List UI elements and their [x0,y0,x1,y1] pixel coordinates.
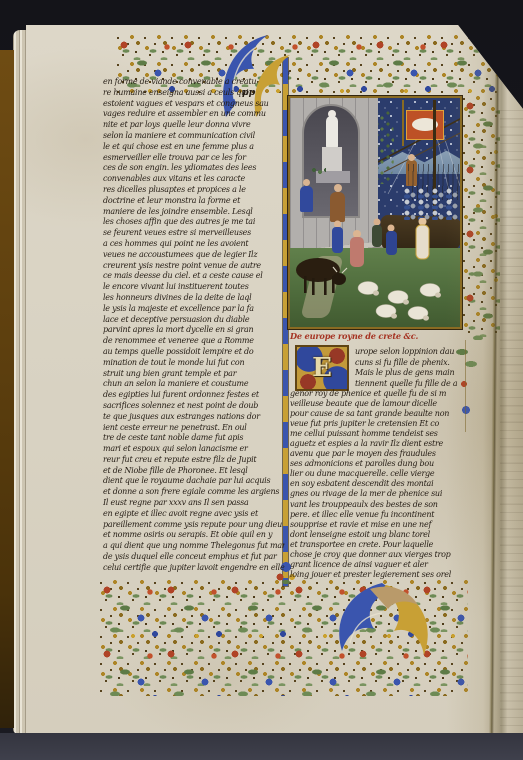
manuscript-text-line: lier ou dune macquerelle. celle vierge [290,469,464,479]
manuscript-text-line: cuns si fu fille de phenix. [355,358,463,369]
manuscript-text-line: le ysis la majeste et excellence par la … [103,304,285,315]
acanthus-bottom-icon [324,581,444,681]
manuscript-text-line: les honneurs divines de la deite de laql [103,293,285,304]
manuscript-text-line: en forme de viande convenable a creatu [103,77,285,88]
manuscript-text-line: tre de ceste tant noble dame fut apis [103,433,285,444]
manuscript-text-line: les choses affin que des autres je me ta… [103,217,285,228]
manuscript-text-line: et donne a son frere egiale comme les ar… [103,487,285,498]
manuscript-text-line: doctrine et leur monstra la forme et [103,196,285,207]
miniature-europa-scene [288,96,462,329]
ship-sailor-head [408,154,415,161]
manuscript-text-line: des egipties lui furent ordonnez festes … [103,390,285,401]
manuscript-text-line: en soy esbatent descendit des montai [290,479,464,489]
manuscript-text-line: dont lenseigne estoit ung blanc torel [290,530,464,540]
ship-soldiers [402,188,462,220]
manuscript-text-line: chose je croy que donner aux vierges tro… [290,550,464,560]
manuscript-text-line: ces de son engin. les ydiomates des lees [103,163,285,174]
altar-foliage [310,166,326,176]
manuscript-text-line: de ysis duquel elle conceut emphus et fu… [103,552,285,563]
manuscript-text-line: parvint apres la mort dycelle en si gran [103,325,285,336]
manuscript-text-line: struit ung bien grant temple et par [103,369,285,380]
illuminated-initial: E [295,345,349,391]
meadow-figures-and-flock [290,218,462,329]
manuscript-text-line: urope selon loppinion dau [355,347,463,358]
manuscript-text-line: en egipte et illec avoit regne avec ysis… [103,509,285,520]
manuscript-text-line: ient ceste erreur ne penetrast. En oul [103,423,285,434]
kneeling-figure-head [303,179,310,186]
manuscript-text-line: me cellui puissant homme tendeist ses [290,429,464,439]
manuscript-text-line: reur fut creu et repute estre filz de Ju… [103,455,285,466]
manuscript-text-line: le et qui chose est en une femme plus a [103,142,285,153]
banner-pole [402,100,404,146]
chapter-rubric: De europe royne de crete &c. [290,331,462,343]
manuscript-text-line: dient que le royaume dachaie par lui acq… [103,476,285,487]
manuscript-text-line: chun an selon la maniere et coustume [103,379,285,390]
manuscript-text-line: celui certifie que jupiter lavoit engend… [103,563,285,574]
manuscript-text-line: et nomme osiris ou serapis. Et obie quil… [103,530,285,541]
manuscript-text-line: ce mais deesse du ciel. et a ceste cause… [103,271,285,282]
manuscript-text-line: maniere de les joindre ensemble. Lesql [103,207,285,218]
manuscript-text-line: Il eust regne par xxxv ans Il sen passa [103,498,285,509]
manuscript-text-line: au temps quelle possidoit lempire et do [103,347,285,358]
manuscript-text-line: sacrifices solennez et nest point de dou… [103,401,285,412]
manuscript-text-line: avenu que par le moyen des fraudules [290,449,464,459]
manuscript-text-line: se feurent veues estre si merveilleuses [103,228,285,239]
manuscript-text-line: veilleuse beaute que de lamour dicelle [290,399,464,409]
manuscript-text-line: genor roy de phenice et quelle fu de si … [290,389,464,399]
manuscript-text-line: nite et par loys quelle leur donna vivre [103,120,285,131]
manuscript-text-line: lace et deceptive persuasion du diable [103,315,285,326]
manuscript-text-line: et de Niobe fille de Phoronee. Et lesql [103,466,285,477]
manuscript-text-line: pere. et illec elle venue fu incontinent [290,510,464,520]
manuscript-text-line: tiennent quelle fu fille de a [355,379,463,390]
manuscript-text-line: et transportee en crete. Pour laquelle [290,540,464,550]
manuscript-photo: pp en forme de viande convenable a creat… [0,0,523,760]
manuscript-text-line: creurent ysis nestre point venue de autr… [103,261,285,272]
left-text-column: en forme de viande convenable a creature… [103,77,285,577]
shepherd-figures [332,218,429,267]
manuscript-text-line: gnes ou rivage de la mer de phenice sui [290,489,464,499]
kneeling-figure-head [334,184,342,192]
kneeling-figure-blue [300,186,313,212]
manuscript-text-line: esmerveiller elle trouva par ce les for [103,153,285,164]
manuscript-text-line: pour cause de sa tant grande beaulte non [290,409,464,419]
manuscript-text-line: le encore vivant lui instituerent toutes [103,282,285,293]
manuscript-text-line: res dicelles plusaptes et propices a le [103,185,285,196]
manuscript-text-line: veues ne accoustumees que de legier Ilz [103,250,285,261]
manuscript-text-line: vages reduire et assembler en une commu [103,109,285,120]
manuscript-text-line: re humaine enseigna aussi a ceuls qui [103,88,285,99]
book-cover-edge [0,50,14,728]
manuscript-text-line: a qui dient que ung nomme Thelegonus fut… [103,541,285,552]
manuscript-text-line: convenables aux vitans et les caracte [103,174,285,185]
manuscript-text-line: loing jouer et prester legierement ses o… [290,570,464,580]
background-bottom-band [0,733,523,760]
manuscript-text-line: a ces hommes qui point ne les avoient [103,239,285,250]
manuscript-text-line: ses admonicions et parolles dung bou [290,459,464,469]
manuscript-text-line: te que jusques aux estranges nations dor [103,412,285,423]
manuscript-text-line: de renommee et veneree que a Romme [103,336,285,347]
manuscript-text-line: mari et espoux qui selon lanacisme er [103,444,285,455]
manuscript-text-line: estoient vagues et vespars et congneus s… [103,99,285,110]
right-text-column: genor roy de phenice et quelle fu de si … [290,389,464,581]
manuscript-text-line: pareillement comme ysis repute pour ung … [103,520,285,531]
manuscript-text-line: soupprise et ravie et mise en une nef [290,520,464,530]
temple-statue [326,116,338,148]
right-text-column-indent: urope selon loppinion daucuns si fu fill… [355,347,463,391]
initial-letter: E [312,353,332,383]
manuscript-page: pp en forme de viande convenable a creat… [26,25,523,737]
facing-page-edge [500,103,523,735]
sheep-flock [358,282,441,321]
manuscript-text-line: vant les trouppeaulx des bestes de son [290,500,464,510]
ship-banner [406,110,444,140]
manuscript-text-line: mination de tout le monde lui fut con [103,358,285,369]
manuscript-text-line: selon la maniere et communication civil [103,131,285,142]
manuscript-text-line: grant licence de ainsi vaguer et aler [290,560,464,570]
manuscript-text-line: aguetz et espies a la ravir Ilz dient es… [290,439,464,449]
manuscript-text-line: veue fut pris jupiter le cretensien Et c… [290,419,464,429]
manuscript-text-line: Mais le plus de gens main [355,368,463,379]
